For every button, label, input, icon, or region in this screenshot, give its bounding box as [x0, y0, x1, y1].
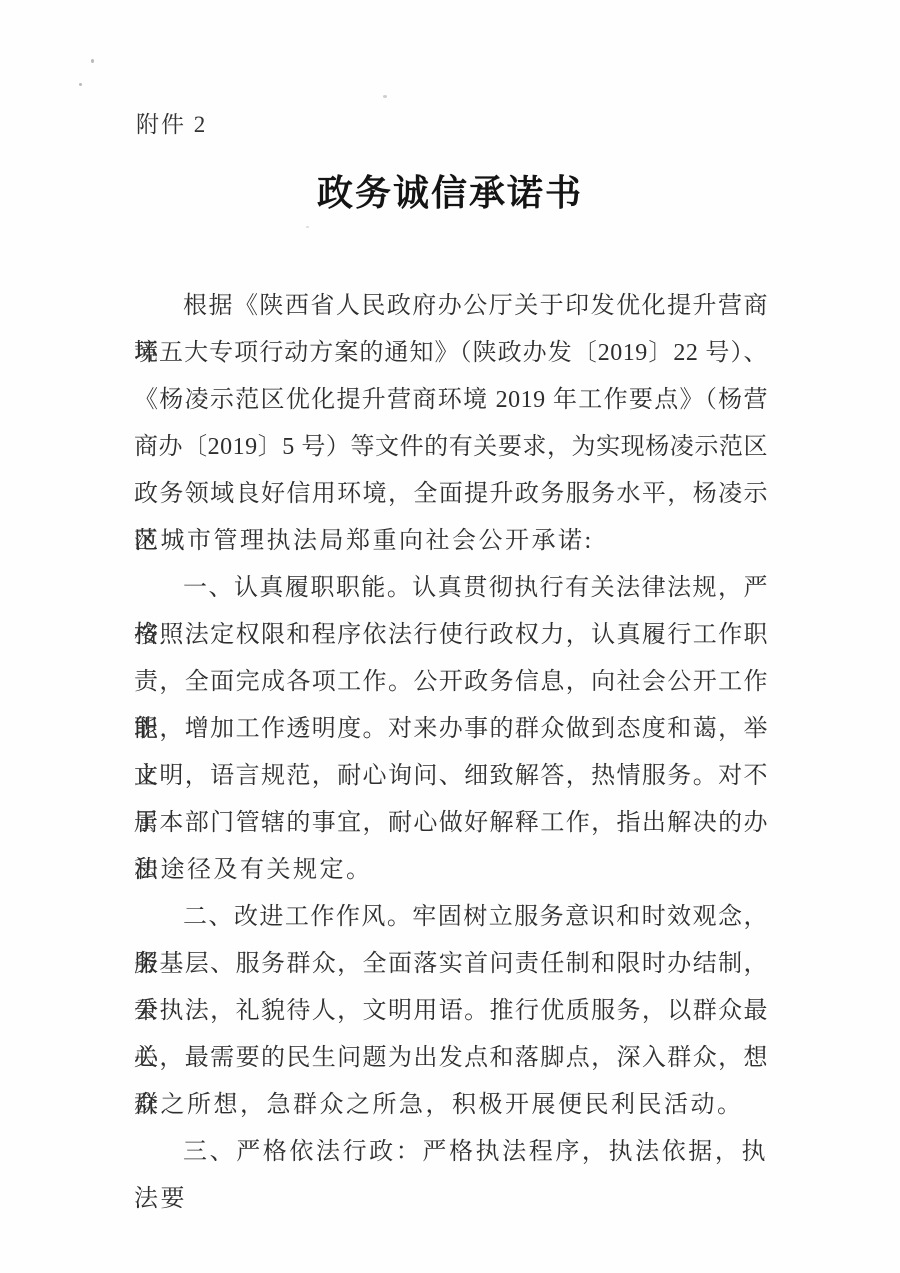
text-line: 心，最需要的民生问题为出发点和落脚点，深入群众，想群: [134, 1035, 768, 1082]
text-line: 按照法定权限和程序依法行使行政权力，认真履行工作职: [134, 612, 768, 659]
scan-speck: [79, 83, 82, 86]
document-page: 附件 2 政务诚信承诺书 根据《陕西省人民政府办公厅关于印发优化提升营商环境五大…: [0, 0, 900, 1273]
text-line: 和途径及有关规定。: [134, 847, 768, 894]
text-line: 责，全面完成各项工作。公开政务信息，向社会公开工作职: [134, 659, 768, 706]
text-line: 务基层、服务群众，全面落实首问责任制和限时办结制，秉: [134, 941, 768, 988]
text-line: 《杨凌示范区优化提升营商环境 2019 年工作要点》（杨营: [134, 377, 768, 424]
text-line: 境五大专项行动方案的通知》（陕政办发〔2019〕22 号）、: [134, 330, 768, 377]
text-line: 二、改进工作作风。牢固树立服务意识和时效观念，服: [134, 894, 768, 941]
scan-speck: [91, 59, 94, 63]
text-line: 政务领域良好信用环境，全面提升政务服务水平，杨凌示范: [134, 471, 768, 518]
text-line: 文明，语言规范，耐心询问、细致解答，热情服务。对不属: [134, 753, 768, 800]
document-title: 政务诚信承诺书: [0, 171, 900, 215]
text-line: 商办〔2019〕5 号）等文件的有关要求，为实现杨凌示范区: [134, 424, 768, 471]
attachment-label: 附件 2: [136, 108, 207, 142]
text-line: 于本部门管辖的事宜，耐心做好解释工作，指出解决的办法: [134, 800, 768, 847]
text-line: 一、认真履职职能。认真贯彻执行有关法律法规，严格: [134, 565, 768, 612]
document-body: 根据《陕西省人民政府办公厅关于印发优化提升营商环境五大专项行动方案的通知》（陕政…: [134, 283, 768, 1176]
text-line: 根据《陕西省人民政府办公厅关于印发优化提升营商环: [134, 283, 768, 330]
text-line: 公执法，礼貌待人，文明用语。推行优质服务，以群众最关: [134, 988, 768, 1035]
scan-speck: [306, 226, 309, 228]
scan-speck: [383, 95, 387, 98]
text-line: 众之所想，急群众之所急，积极开展便民利民活动。: [134, 1082, 768, 1129]
text-line: 三、严格依法行政：严格执法程序，执法依据，执法要: [134, 1129, 768, 1176]
text-line: 区城市管理执法局郑重向社会公开承诺:: [134, 518, 768, 565]
text-line: 能，增加工作透明度。对来办事的群众做到态度和蔼，举止: [134, 706, 768, 753]
